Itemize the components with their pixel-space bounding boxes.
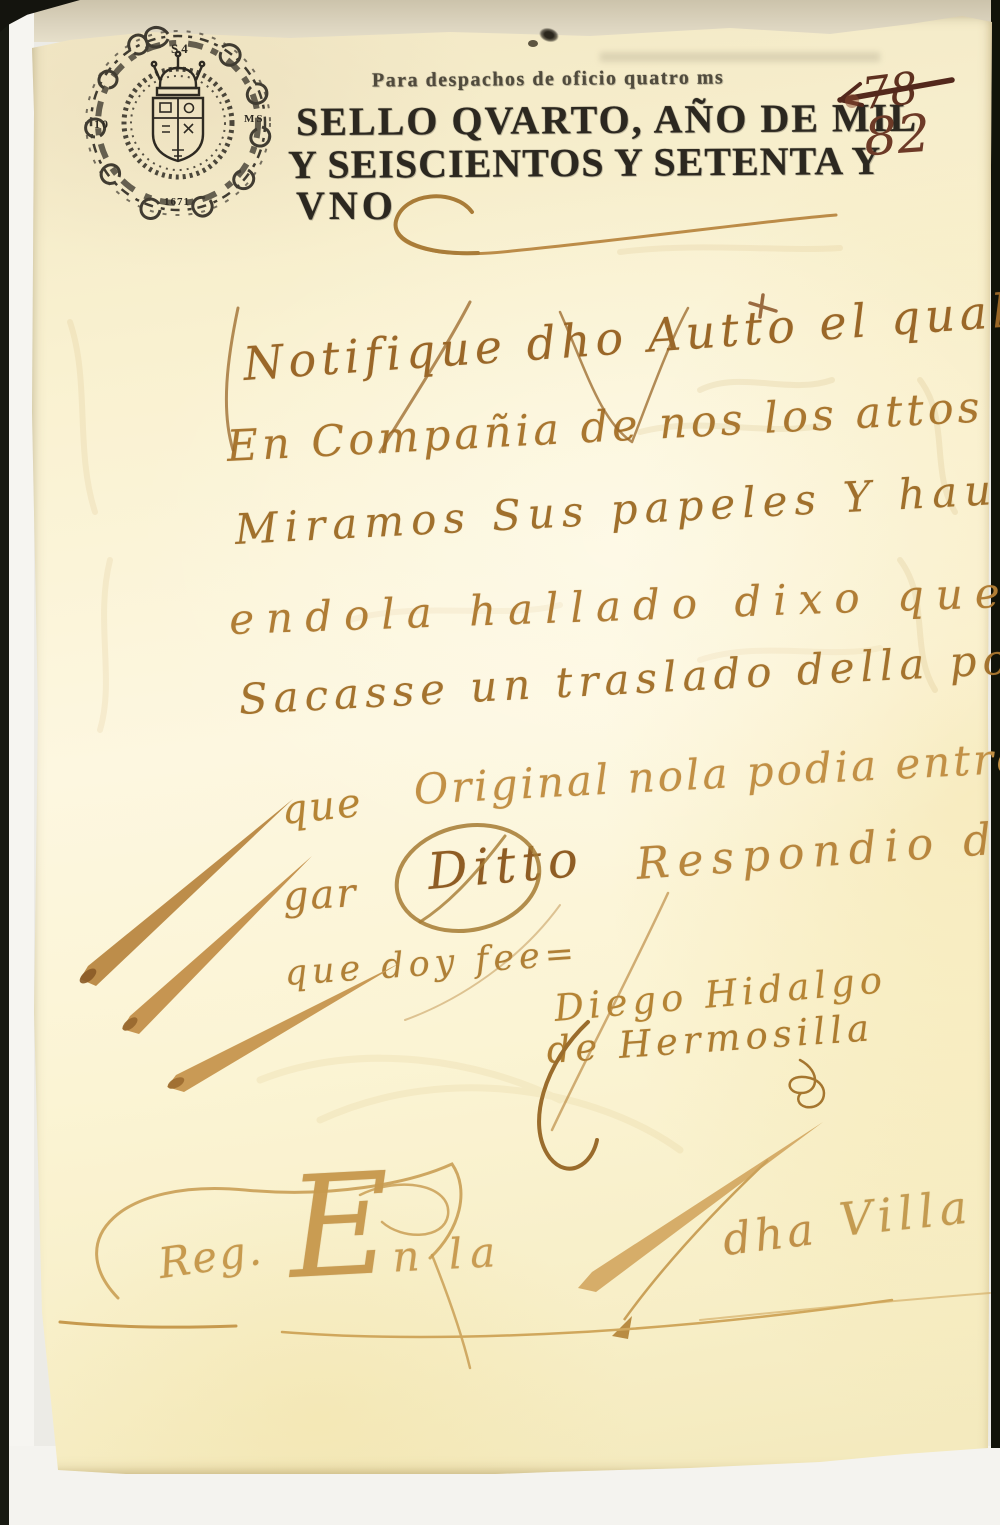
closing-phrase-start: En la: [285, 1155, 505, 1295]
folio-number: 82: [862, 104, 932, 168]
manuscript-line-7-dicho: Ditto: [425, 833, 585, 899]
closing-abbreviation: dha: [720, 1207, 820, 1264]
printed-rubric-line: Para despachos de oficio quatro ms: [372, 66, 724, 92]
printed-header-line3: VNO: [296, 182, 397, 229]
seal-text-year: 1671: [164, 196, 190, 208]
seal-coat-of-arms: [152, 52, 204, 161]
scan-edge-left: [0, 0, 9, 1525]
scan-edge-right: [991, 0, 1000, 1448]
royal-seal-stamp: S4 10 MS 1671: [82, 22, 274, 224]
manuscript-scan: S4 10 MS 1671 Para despachos de oficio q…: [0, 0, 1000, 1525]
seal-text-left: 10: [94, 117, 110, 131]
printed-header-line2: Y SEISCIENTOS Y SETENTA Y: [288, 137, 882, 188]
seal-text-top: S4: [171, 41, 191, 56]
manuscript-line-6-catchword: que: [280, 782, 365, 832]
show-through-smudge: [600, 52, 880, 62]
ink-blot-dot: [528, 40, 538, 47]
closing-place-word: Villa: [837, 1182, 975, 1244]
seal-text-right: MS: [244, 113, 265, 125]
manuscript-line-7-catchword: gar: [282, 872, 359, 918]
